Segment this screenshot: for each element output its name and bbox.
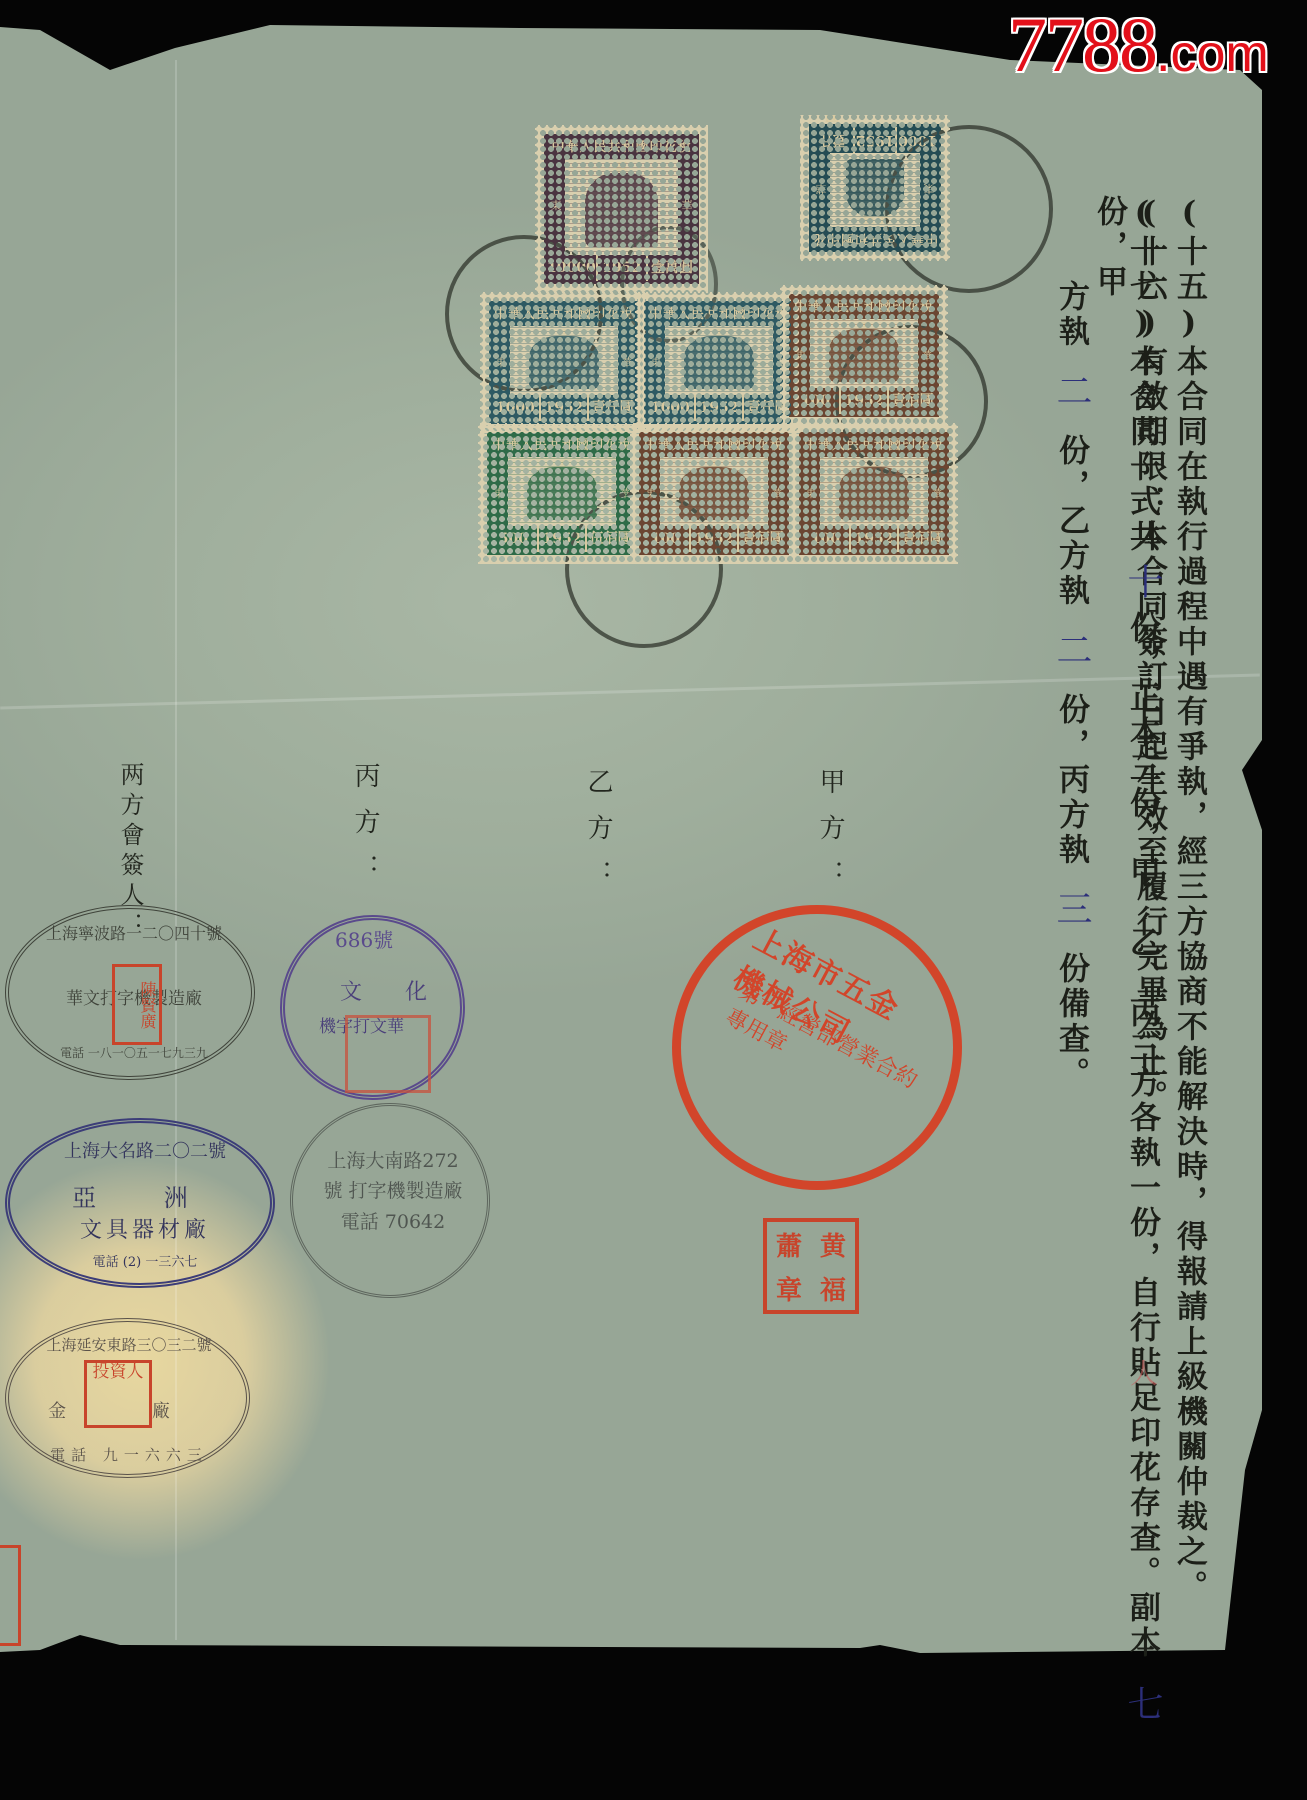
stamp-title: 中華人民共和國印花稅票: [647, 304, 791, 326]
revenue-stamp: 中華人民共和國印花稅票 東華 1001952壹佰圓: [780, 285, 948, 426]
revenue-stamp: 中華人民共和國印花稅票 東華 100001952壹萬圓: [535, 125, 708, 293]
stamp-region: 華: [618, 354, 636, 370]
handwritten-total-copies: 十: [1122, 563, 1163, 603]
stamp-year: 1952: [853, 127, 896, 153]
stamp-value: 1000: [895, 127, 938, 153]
handwritten-duplicate-copies: 七: [1122, 1685, 1163, 1725]
co-signer-seal-2: 上海大名路二〇二號 亞 洲 文具器材廠 電話 (2) 一三六七: [5, 1118, 275, 1288]
co-signer-red-chop: 投資人: [84, 1360, 152, 1428]
stamp-title: 中華人民共和國印花稅票: [490, 435, 634, 457]
stamp-year: 1952: [541, 395, 590, 421]
party-a-company-seal: 上海市五金機械公司 第一經營部營業合約專用章: [672, 905, 962, 1190]
watermark-digits: 7788: [1008, 1, 1156, 88]
clause-15: (十五)本合同在執行過程中遇有爭執，經三方協商不能解決時，得報請上級機關仲裁之。: [1173, 195, 1204, 1605]
stamp-region: 東: [647, 354, 665, 370]
clause-text: 本合同在執行過程中遇有爭執，經三方協商不能解決時，得報請上級機關仲裁之。: [1171, 345, 1207, 1605]
seal-outer-text: 上海大名路二〇二號: [50, 1137, 240, 1163]
seal-phone-text: 電話 一八一〇五一七九三九: [29, 1044, 239, 1061]
party-a-personal-seal: 蕭 黄 章 福: [763, 1218, 859, 1314]
stamp-value-cn: 壹佰圓: [899, 526, 946, 552]
stamp-year: 1952: [691, 526, 740, 552]
seal-center-text: 文 化: [340, 975, 445, 1006]
clause-text: 份，正本三份，甲、乙、丙三方各執一份，自行貼足印花存查。副本: [1124, 611, 1160, 1661]
stamp-region: 華: [768, 485, 786, 501]
stamp-year: 1952: [851, 526, 900, 552]
stamp-value-cn: 壹佰圓: [739, 526, 786, 552]
stamp-value-cn: 壹佰圓: [889, 388, 936, 414]
clause-text: 份備查。: [1053, 952, 1089, 1092]
edge-red-chop: [0, 1545, 21, 1646]
seal-inner-text: 文具器材廠: [50, 1213, 240, 1244]
revenue-stamp: 中華人民共和國印花稅票 東華 10001952壹仟圓: [800, 115, 950, 261]
stamp-title: 中華人民共和國印花稅票: [802, 435, 946, 457]
stamp-vignette-icon: [829, 329, 898, 382]
stamp-vignette-icon: [529, 336, 598, 389]
stamp-vignette-icon: [585, 173, 657, 247]
co-signer-seal-3: 上海延安東路三〇三二號 金 廠 電話 九一六六三 投資人: [5, 1318, 250, 1478]
stamp-title: 中華人民共和國印花稅票: [642, 435, 786, 457]
seal-inner-text: 亞 洲: [50, 1178, 240, 1213]
stamp-value-cn: 伍佰圓: [587, 526, 634, 552]
clause-17: (十七)本合同一式共十份，正本三份，甲、乙、丙三方各執一份，自行貼足印花存查。副…: [1093, 195, 1160, 1800]
stamp-value-cn: 壹仟圓: [589, 395, 636, 421]
handwritten-party-b-copies: 二: [1051, 631, 1092, 671]
party-b-grey-seal: 上海大南路272號 打字機製造廠 電話 70642: [290, 1103, 490, 1298]
stamp-value: 100: [642, 526, 691, 552]
seal-phone-text: 電話 (2) 一三六七: [50, 1251, 240, 1270]
stamp-value: 10000: [547, 255, 598, 281]
stamp-region: 華: [678, 197, 696, 213]
stamp-region: 東: [792, 347, 810, 363]
clause-text: 本合同一式共: [1124, 345, 1160, 555]
stamp-title: 中華人民共和國印花稅票: [812, 227, 938, 249]
stamp-value: 100: [802, 526, 851, 552]
handwritten-party-c-copies: 三: [1051, 890, 1092, 930]
stamp-value: 100: [792, 388, 841, 414]
site-watermark: 7788.com: [1008, 6, 1269, 84]
red-pencil-mark: 人: [1130, 1352, 1158, 1392]
stamp-region: 華: [918, 347, 936, 363]
stamp-value-cn: 壹仟圓: [812, 127, 853, 153]
watermark-domain: .com: [1156, 25, 1269, 83]
stamp-year: 1952: [696, 395, 745, 421]
party-b-label: 乙方：: [580, 768, 617, 906]
revenue-stamp: 中華人民共和國印花稅票 東華 1001952壹佰圓: [790, 423, 958, 564]
co-signer-red-chop: 陳賢廣: [112, 964, 162, 1045]
party-a-label: 甲方：: [812, 768, 849, 906]
stamp-region: 東: [547, 197, 565, 213]
stamp-value: 500: [490, 526, 539, 552]
seal-char: 福: [811, 1270, 855, 1307]
seal-outer-text: 上海寧波路一二〇四十號: [44, 921, 224, 944]
handwritten-party-a-copies: 二: [1051, 372, 1092, 412]
stamp-year: 1952: [539, 526, 588, 552]
stamp-value-cn: 壹萬圓: [648, 255, 696, 281]
revenue-stamp: 中華人民共和國印花稅票 東華 5001952伍佰圓: [478, 423, 646, 564]
stamp-vignette-icon: [527, 467, 596, 520]
stamp-region: 東: [490, 485, 508, 501]
revenue-stamp: 中華人民共和國印花稅票 東華 10001952壹仟圓: [635, 292, 803, 433]
stamp-vignette-icon: [839, 467, 908, 520]
clause-text: 份，乙方執: [1053, 434, 1089, 609]
stamp-value: 1000: [492, 395, 541, 421]
clause-text: 份，丙方執: [1053, 693, 1089, 868]
seal-outer-text: 686號: [335, 924, 393, 953]
party-c-label: 丙方：: [347, 762, 384, 900]
clause-number: (十七): [1124, 195, 1160, 345]
seal-outer-text: 上海延安東路三〇三二號: [39, 1334, 219, 1355]
revenue-stamp: 中華人民共和國印花稅票 東華 1001952壹佰圓: [630, 423, 798, 564]
stamp-title: 中華人民共和國印花稅票: [792, 297, 936, 319]
stamp-vignette-icon: [679, 467, 748, 520]
seal-char: 蕭: [767, 1226, 811, 1263]
seal-char: 黄: [811, 1226, 855, 1263]
seal-text: 上海大南路272號 打字機製造廠 電話 70642: [318, 1146, 468, 1237]
stamp-title: 中華人民共和國印花稅票: [547, 137, 696, 159]
stamp-region: 華: [812, 181, 830, 197]
stamp-value: 1000: [647, 395, 696, 421]
stamp-region: 華: [928, 485, 946, 501]
stamp-year: 1952: [841, 388, 890, 414]
stamp-vignette-icon: [846, 159, 904, 216]
stamp-region: 東: [920, 181, 938, 197]
stamp-title: 中華人民共和國印花稅票: [492, 304, 636, 326]
clause-text: 份，甲: [1091, 195, 1127, 300]
stamp-year: 1952: [598, 255, 648, 281]
clause-number: (十五): [1171, 195, 1207, 345]
party-b-red-chop: [345, 1015, 431, 1093]
revenue-stamp: 中華人民共和國印花稅票 東華 10001952壹仟圓: [480, 292, 648, 433]
clause-text: 方執: [1053, 280, 1089, 350]
co-signer-seal-1: 上海寧波路一二〇四十號 華文打字機製造廠 電話 一八一〇五一七九三九 陳賢廣: [5, 905, 255, 1080]
seal-phone-text: 電話 九一六六三: [39, 1444, 219, 1465]
seal-char: 章: [767, 1270, 811, 1307]
copies-continuation: 方執二份，乙方執二份，丙方執三份備查。: [1053, 280, 1089, 1092]
stamp-region: 東: [802, 485, 820, 501]
stamp-region: 東: [642, 485, 660, 501]
stamp-region: 東: [492, 354, 510, 370]
stamp-vignette-icon: [684, 336, 753, 389]
